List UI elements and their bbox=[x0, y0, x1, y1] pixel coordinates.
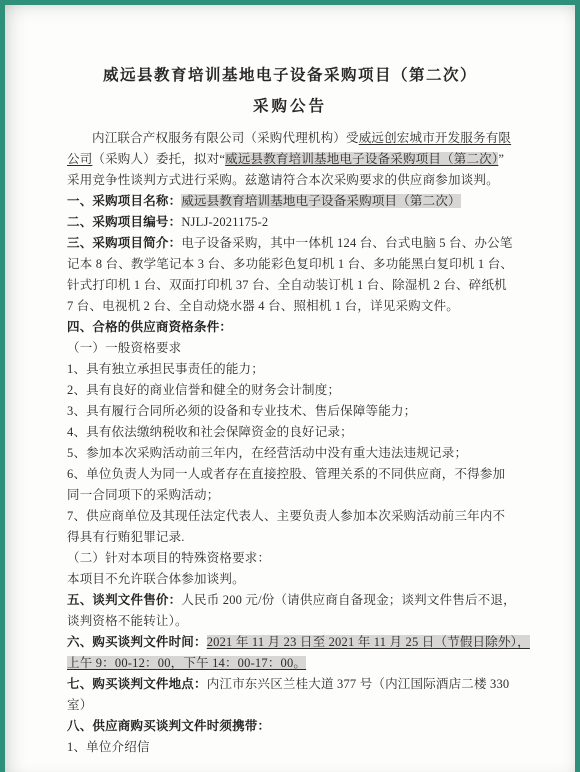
document-line: 六、购买谈判文件时间：2021 年 11 月 23 日至 2021 年 11 月… bbox=[67, 632, 527, 653]
document-title: 威远县教育培训基地电子设备采购项目（第二次） bbox=[5, 63, 575, 85]
document-line: 室） bbox=[67, 695, 527, 716]
document-line: 1、具有独立承担民事责任的能力； bbox=[67, 359, 527, 380]
text-segment: 七、购买谈判文件地点： bbox=[67, 677, 207, 691]
document-line: 一、采购项目名称：威远县教育培训基地电子设备采购项目（第二次） bbox=[67, 191, 527, 212]
text-segment: 记本 8 台、教学笔记本 3 台、多功能彩色复印机 1 台、多功能黑白复印机 1… bbox=[67, 257, 513, 271]
document-line: 谈判资格不能转让）。 bbox=[67, 611, 527, 632]
text-segment: 2、具有良好的商业信誉和健全的财务会计制度； bbox=[67, 383, 340, 397]
text-segment: 威远县教育培训基地电子设备采购项目（第二次） bbox=[225, 152, 498, 166]
text-segment: 人民币 200 元/份（请供应商自备现金；谈判文件售后不退， bbox=[181, 593, 515, 607]
document-page: 威远县教育培训基地电子设备采购项目（第二次） 采购公告 内江联合产权服务有限公司… bbox=[5, 5, 575, 772]
document-line: 记本 8 台、教学笔记本 3 台、多功能彩色复印机 1 台、多功能黑白复印机 1… bbox=[67, 254, 527, 275]
document-line: 得具有行贿犯罪记录. bbox=[67, 527, 527, 548]
text-segment: （二）针对本项目的特殊资格要求： bbox=[67, 551, 270, 565]
document-line: 五、谈判文件售价：人民币 200 元/份（请供应商自备现金；谈判文件售后不退， bbox=[67, 590, 527, 611]
document-line: 本项目不允许联合体参加谈判。 bbox=[67, 569, 527, 590]
text-segment: （采购人）委托，拟对“ bbox=[92, 152, 225, 166]
document-body: 内江联合产权服务有限公司（采购代理机构）受威远创宏城市开发服务有限公司（采购人）… bbox=[5, 128, 575, 758]
text-segment: （一）一般资格要求 bbox=[67, 341, 181, 355]
document-line: 7、供应商单位及其现任法定代表人、主要负责人参加本次采购活动前三年内不 bbox=[67, 506, 527, 527]
text-segment: 谈判资格不能转让）。 bbox=[67, 614, 188, 628]
document-line: 针式打印机 1 台、双面打印机 37 台、全自动装订机 1 台、除湿机 2 台、… bbox=[67, 275, 527, 296]
text-segment: 内江市东兴区兰桂大道 377 号（内江国际酒店二楼 330 bbox=[207, 677, 510, 691]
document-line: 2、具有良好的商业信誉和健全的财务会计制度； bbox=[67, 380, 527, 401]
document-line: 6、单位负责人为同一人或者存在直接控股、管理关系的不同供应商，不得参加 bbox=[67, 464, 527, 485]
text-segment: 同一合同项下的采购活动； bbox=[67, 488, 219, 502]
text-segment: 得具有行贿犯罪记录. bbox=[67, 530, 185, 544]
document-line: 1、单位介绍信 bbox=[67, 737, 527, 758]
document-line: 3、具有履行合同所必须的设备和专业技术、售后保障等能力； bbox=[67, 401, 527, 422]
document-line: 5、参加本次采购活动前三年内，在经营活动中没有重大违法违规记录； bbox=[67, 443, 527, 464]
text-segment: 7 台、电视机 2 台、全自动烧水器 4 台、照相机 1 台，详见采购文件。 bbox=[67, 299, 459, 313]
text-segment: 八、供应商购买谈判文件时须携带： bbox=[67, 719, 270, 733]
document-line: 7 台、电视机 2 台、全自动烧水器 4 台、照相机 1 台，详见采购文件。 bbox=[67, 296, 527, 317]
text-segment: ” bbox=[498, 152, 504, 166]
text-segment: 采用竞争性谈判方式进行采购。兹邀请符合本次采购要求的供应商参加谈判。 bbox=[67, 173, 499, 187]
text-segment: 六、购买谈判文件时间： bbox=[67, 635, 207, 649]
text-segment: 7、供应商单位及其现任法定代表人、主要负责人参加本次采购活动前三年内不 bbox=[67, 509, 505, 523]
text-segment: 2021 年 11 月 23 日至 2021 年 11 月 25 日（节假日除外… bbox=[207, 635, 530, 649]
text-segment: 一、采购项目名称： bbox=[67, 194, 181, 208]
text-segment: 内江联合产权服务有限公司（采购代理机构）受 bbox=[92, 131, 359, 145]
text-segment: 电子设备采购，其中一体机 124 台、台式电脑 5 台、办公笔 bbox=[181, 236, 512, 250]
text-segment: NJLJ-2021175-2 bbox=[181, 215, 268, 229]
text-segment: 二、采购项目编号： bbox=[67, 215, 181, 229]
document-line: 上午 9：00-12：00，下午 14：00-17：00。 bbox=[67, 653, 527, 674]
text-segment: 3、具有履行合同所必须的设备和专业技术、售后保障等能力； bbox=[67, 404, 416, 418]
document-line: 三、采购项目简介：电子设备采购，其中一体机 124 台、台式电脑 5 台、办公笔 bbox=[67, 233, 527, 254]
text-segment: 5、参加本次采购活动前三年内，在经营活动中没有重大违法违规记录； bbox=[67, 446, 467, 460]
document-line: 内江联合产权服务有限公司（采购代理机构）受威远创宏城市开发服务有限 bbox=[67, 128, 527, 149]
text-segment: 威远县教育培训基地电子设备采购项目（第二次） bbox=[181, 194, 460, 208]
document-line: 同一合同项下的采购活动； bbox=[67, 485, 527, 506]
document-line: （一）一般资格要求 bbox=[67, 338, 527, 359]
text-segment: 上午 9：00-12：00，下午 14：00-17：00。 bbox=[67, 656, 306, 670]
text-segment: 三、采购项目简介： bbox=[67, 236, 181, 250]
document-line: 七、购买谈判文件地点：内江市东兴区兰桂大道 377 号（内江国际酒店二楼 330 bbox=[67, 674, 527, 695]
text-segment: 6、单位负责人为同一人或者存在直接控股、管理关系的不同供应商，不得参加 bbox=[67, 467, 505, 481]
document-line: 采用竞争性谈判方式进行采购。兹邀请符合本次采购要求的供应商参加谈判。 bbox=[67, 170, 527, 191]
document-line: 二、采购项目编号：NJLJ-2021175-2 bbox=[67, 212, 527, 233]
scan-frame: 威远县教育培训基地电子设备采购项目（第二次） 采购公告 内江联合产权服务有限公司… bbox=[0, 0, 580, 772]
document-line: 公司（采购人）委托，拟对“威远县教育培训基地电子设备采购项目（第二次）” bbox=[67, 149, 527, 170]
document-line: 八、供应商购买谈判文件时须携带： bbox=[67, 716, 527, 737]
text-segment: 公司 bbox=[67, 152, 92, 166]
text-segment: 室） bbox=[67, 698, 92, 712]
document-line: 4、具有依法缴纳税收和社会保障资金的良好记录； bbox=[67, 422, 527, 443]
text-segment: 威远创宏城市开发服务有限 bbox=[359, 131, 511, 145]
document-subtitle: 采购公告 bbox=[5, 94, 575, 116]
text-segment: 1、具有独立承担民事责任的能力； bbox=[67, 362, 264, 376]
document-line: 四、合格的供应商资格条件： bbox=[67, 317, 527, 338]
text-segment: 本项目不允许联合体参加谈判。 bbox=[67, 572, 245, 586]
text-segment: 五、谈判文件售价： bbox=[67, 593, 181, 607]
text-segment: 针式打印机 1 台、双面打印机 37 台、全自动装订机 1 台、除湿机 2 台、… bbox=[67, 278, 507, 292]
text-segment: 四、合格的供应商资格条件： bbox=[67, 320, 232, 334]
text-segment: 1、单位介绍信 bbox=[67, 740, 150, 754]
text-segment: 4、具有依法缴纳税收和社会保障资金的良好记录； bbox=[67, 425, 353, 439]
document-line: （二）针对本项目的特殊资格要求： bbox=[67, 548, 527, 569]
